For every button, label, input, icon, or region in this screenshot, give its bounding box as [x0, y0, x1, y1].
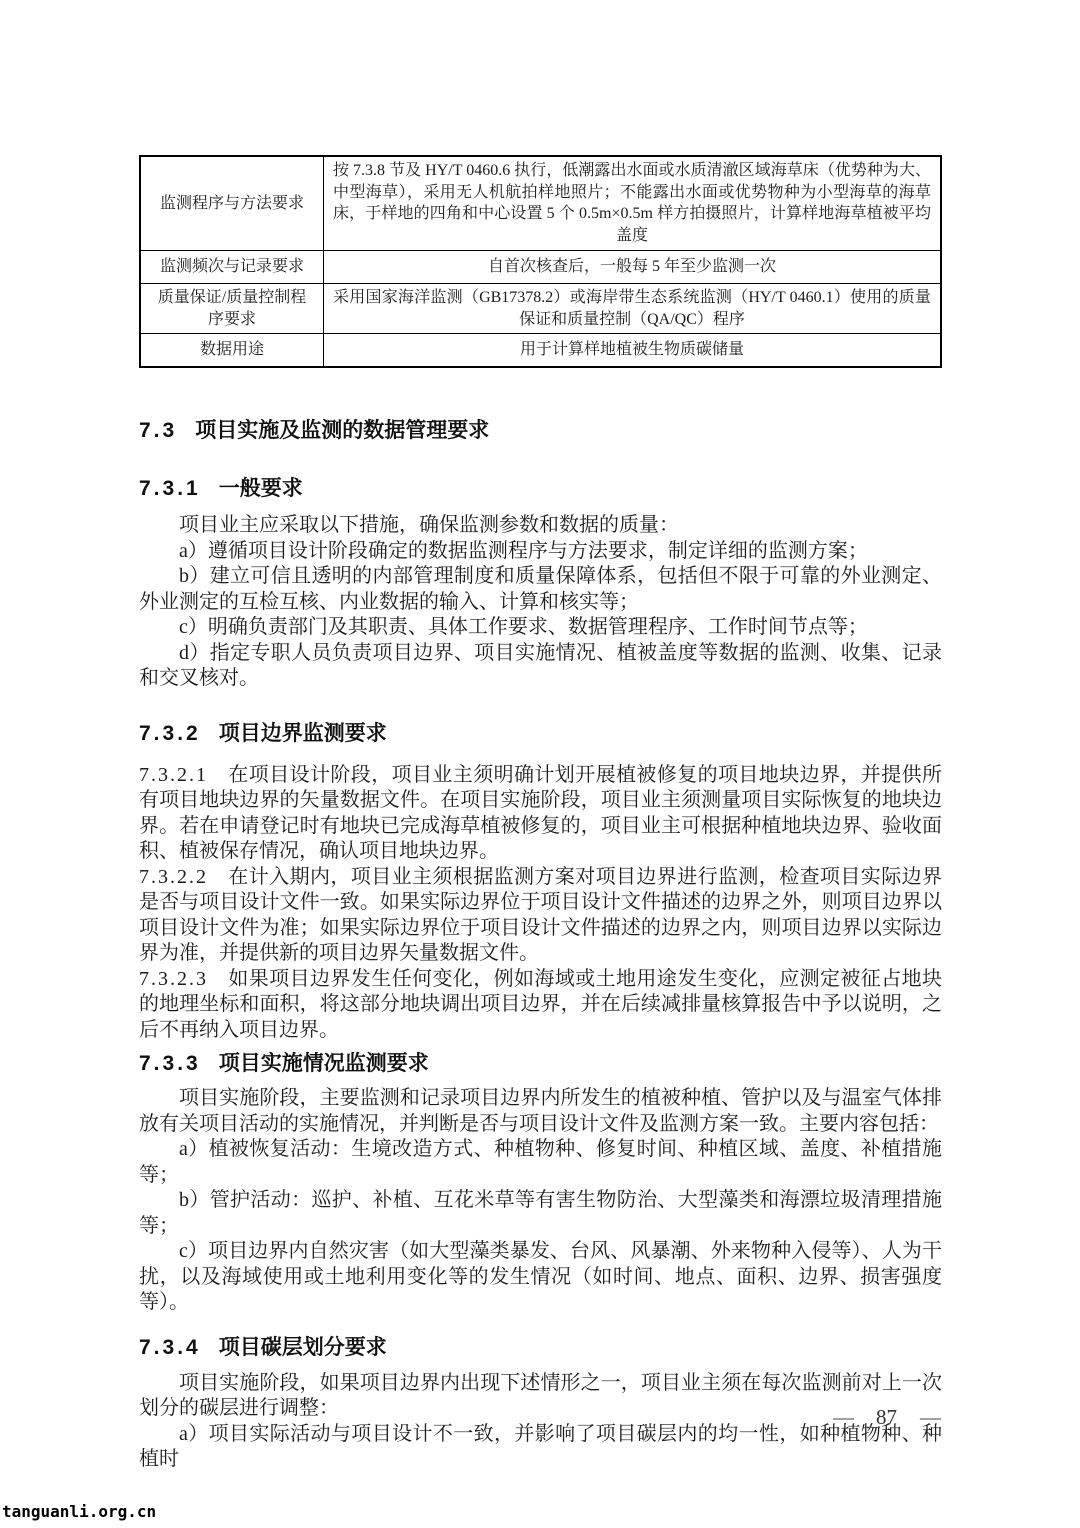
paragraph-7323: 7.3.2.3如果项目边界发生任何变化，例如海域或土地用途发生变化，应测定被征占… [139, 967, 942, 1044]
section-number: 7.3.4 [139, 1336, 201, 1359]
paragraph-7322: 7.3.2.2在计入期内，项目业主须根据监测方案对项目边界进行监测，检查项目实际… [139, 865, 942, 967]
monitoring-spec-table: 监测程序与方法要求 按 7.3.8 节及 HY/T 0460.6 执行，低潮露出… [139, 155, 942, 368]
table-row: 监测程序与方法要求 按 7.3.8 节及 HY/T 0460.6 执行，低潮露出… [140, 156, 941, 250]
section-number: 7.3.1 [139, 477, 201, 500]
list-item-733-c: c）项目边界内自然灾害（如大型藻类暴发、台风、风暴潮、外来物种入侵等）、人为干扰… [139, 1239, 942, 1316]
row-label-procedure: 监测程序与方法要求 [140, 156, 324, 250]
section-heading-7-3: 7.3项目实施及监测的数据管理要求 [139, 418, 942, 444]
paragraph-733-intro: 项目实施阶段，主要监测和记录项目边界内所发生的植被种植、管护以及与温室气体排放有… [139, 1086, 942, 1137]
table-row: 数据用途 用于计算样地植被生物质碳储量 [140, 334, 941, 368]
list-item-733-a: a）植被恢复活动：生境改造方式、种植物种、修复时间、种植区域、盖度、补植措施等； [139, 1137, 942, 1188]
clause-number: 7.3.2.2 [139, 866, 208, 888]
section-title: 项目碳层划分要求 [219, 1336, 387, 1359]
table-row: 监测频次与记录要求 自首次核查后，一般每 5 年至少监测一次 [140, 250, 941, 283]
section-number: 7.3.3 [139, 1052, 201, 1075]
list-item-734-a: a）项目实际活动与项目设计不一致，并影响了项目碳层内的均一性，如种植物种、种植时 [139, 1422, 942, 1473]
table-row: 质量保证/质量控制程序要求 采用国家海洋监测（GB17378.2）或海岸带生态系… [140, 283, 941, 333]
row-value-frequency: 自首次核查后，一般每 5 年至少监测一次 [324, 250, 942, 283]
clause-text: 在项目设计阶段，项目业主须明确计划开展植被修复的项目地块边界，并提供所有项目地块… [139, 764, 942, 863]
section-heading-7-3-4: 7.3.4项目碳层划分要求 [139, 1335, 942, 1361]
row-label-usage: 数据用途 [140, 334, 324, 368]
section-heading-7-3-1: 7.3.1一般要求 [139, 476, 942, 502]
page-number-dash-left: — [833, 1405, 853, 1430]
paragraph-734-intro: 项目实施阶段，如果项目边界内出现下述情形之一，项目业主须在每次监测前对上一次划分… [139, 1371, 942, 1422]
clause-text: 在计入期内，项目业主须根据监测方案对项目边界进行监测，检查项目实际边界是否与项目… [139, 866, 942, 965]
document-page: 监测程序与方法要求 按 7.3.8 节及 HY/T 0460.6 执行，低潮露出… [0, 0, 1080, 1528]
page-number-dash-right: — [920, 1405, 940, 1430]
row-value-qaqc: 采用国家海洋监测（GB17378.2）或海岸带生态系统监测（HY/T 0460.… [324, 283, 942, 333]
row-value-usage: 用于计算样地植被生物质碳储量 [324, 334, 942, 368]
list-item-731-b: b）建立可信且透明的内部管理制度和质量保障体系，包括但不限于可靠的外业测定、外业… [139, 564, 942, 615]
section-number: 7.3 [139, 419, 177, 442]
list-item-731-a: a）遵循项目设计阶段确定的数据监测程序与方法要求，制定详细的监测方案； [139, 539, 942, 565]
watermark-url: tanguanli.org.cn [2, 1502, 156, 1521]
section-number: 7.3.2 [139, 722, 201, 745]
list-item-731-c: c）明确负责部门及其职责、具体工作要求、数据管理程序、工作时间节点等； [139, 615, 942, 641]
paragraph-7321: 7.3.2.1在项目设计阶段，项目业主须明确计划开展植被修复的项目地块边界，并提… [139, 763, 942, 865]
row-label-frequency: 监测频次与记录要求 [140, 250, 324, 283]
page-content: 监测程序与方法要求 按 7.3.8 节及 HY/T 0460.6 执行，低潮露出… [139, 0, 942, 1473]
clause-number: 7.3.2.3 [139, 968, 208, 990]
list-item-731-d: d）指定专职人员负责项目边界、项目实施情况、植被盖度等数据的监测、收集、记录和交… [139, 641, 942, 692]
clause-number: 7.3.2.1 [139, 764, 208, 786]
section-title: 项目实施及监测的数据管理要求 [195, 419, 489, 442]
section-heading-7-3-2: 7.3.2项目边界监测要求 [139, 721, 942, 747]
section-title: 一般要求 [219, 477, 303, 500]
section-title: 项目边界监测要求 [219, 722, 387, 745]
row-label-qaqc: 质量保证/质量控制程序要求 [140, 283, 324, 333]
section-title: 项目实施情况监测要求 [219, 1052, 429, 1075]
clause-text: 如果项目边界发生任何变化，例如海域或土地用途发生变化，应测定被征占地块的地理坐标… [139, 968, 942, 1041]
paragraph-731-intro: 项目业主应采取以下措施，确保监测参数和数据的质量： [139, 513, 942, 539]
page-number: — 87 — [833, 1405, 940, 1430]
section-heading-7-3-3: 7.3.3项目实施情况监测要求 [139, 1051, 942, 1077]
list-item-733-b: b）管护活动：巡护、补植、互花米草等有害生物防治、大型藻类和海漂垃圾清理措施等； [139, 1188, 942, 1239]
row-value-procedure: 按 7.3.8 节及 HY/T 0460.6 执行，低潮露出水面或水质清澈区域海… [324, 156, 942, 250]
page-number-value: 87 [876, 1405, 897, 1430]
